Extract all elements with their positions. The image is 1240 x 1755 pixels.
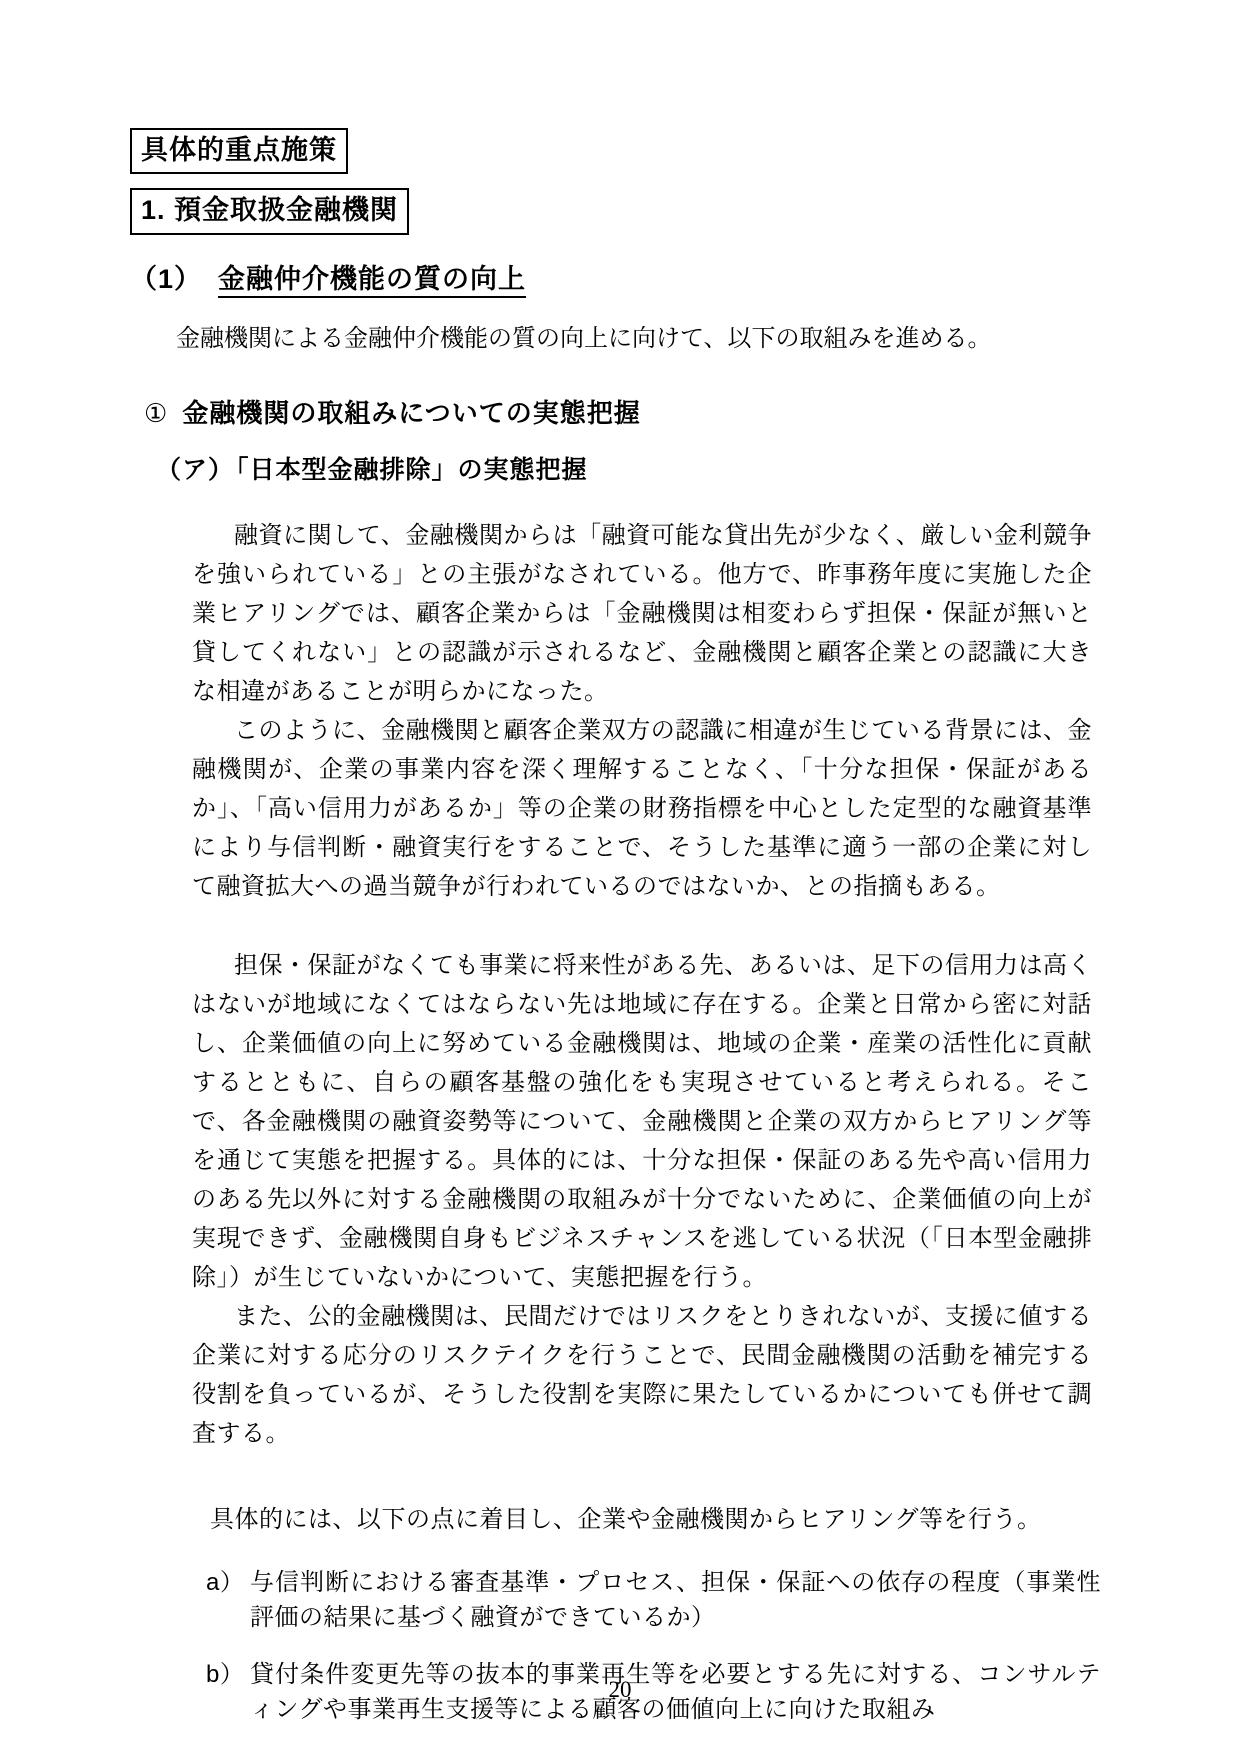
boxed-heading-main: 具体的重点施策 [130, 128, 348, 174]
list-item-marker: a） [206, 1565, 250, 1635]
lead-paragraph: 具体的には、以下の点に着目し、企業や金融機関からヒアリング等を行う。 [210, 1503, 1105, 1537]
intro-paragraph: 金融機関による金融仲介機能の質の向上に向けて、以下の取組みを進める。 [176, 322, 1105, 356]
boxed-heading-section: 1. 預金取扱金融機関 [130, 188, 409, 234]
kana-marker: （ア） [156, 456, 234, 484]
boxed-heading-main-wrap: 具体的重点施策 [130, 128, 1105, 174]
kana-item-title: 「日本型金融排除」の実態把握 [236, 456, 588, 484]
list-item-text: 与信判断における審査基準・プロセス、担保・保証への依存の程度（事業性評価の結果に… [250, 1565, 1101, 1635]
paragraph-block-1: 融資に関して、金融機関からは「融資可能な貸出先が少なく、厳しい金利競争を強いられ… [192, 516, 1092, 906]
circled-number-marker: ① [144, 398, 168, 428]
kana-item-heading: （ア）「日本型金融排除」の実態把握 [156, 450, 1105, 486]
document-content: 具体的重点施策 1. 預金取扱金融機関 （1）金融仲介機能の質の向上 金融機関に… [130, 128, 1105, 1749]
page-number: 20 [0, 1677, 1240, 1703]
circled-item-heading: ①金融機関の取組みについての実態把握 [144, 393, 1105, 430]
paragraph-block-2: 担保・保証がなくても事業に将来性がある先、あるいは、足下の信用力は高くはないが地… [192, 946, 1092, 1453]
circled-item-title: 金融機関の取組みについての実態把握 [182, 398, 640, 428]
paragraph: 融資に関して、金融機関からは「融資可能な貸出先が少なく、厳しい金利競争を強いられ… [192, 516, 1092, 711]
paragraph: このように、金融機関と顧客企業双方の認識に相違が生じている背景には、金融機関が、… [192, 711, 1092, 906]
paragraph: また、公的金融機関は、民間だけではリスクをとりきれないが、支援に値する企業に対す… [192, 1297, 1092, 1453]
subsection-heading: （1）金融仲介機能の質の向上 [130, 257, 1105, 296]
subsection-number: （1） [130, 264, 202, 294]
paragraph: 担保・保証がなくても事業に将来性がある先、あるいは、足下の信用力は高くはないが地… [192, 946, 1092, 1297]
boxed-heading-section-wrap: 1. 預金取扱金融機関 [130, 188, 1105, 234]
subsection-title: 金融仲介機能の質の向上 [218, 264, 526, 294]
list-item: a） 与信判断における審査基準・プロセス、担保・保証への依存の程度（事業性評価の… [206, 1565, 1101, 1635]
document-page: 具体的重点施策 1. 預金取扱金融機関 （1）金融仲介機能の質の向上 金融機関に… [0, 0, 1240, 1755]
